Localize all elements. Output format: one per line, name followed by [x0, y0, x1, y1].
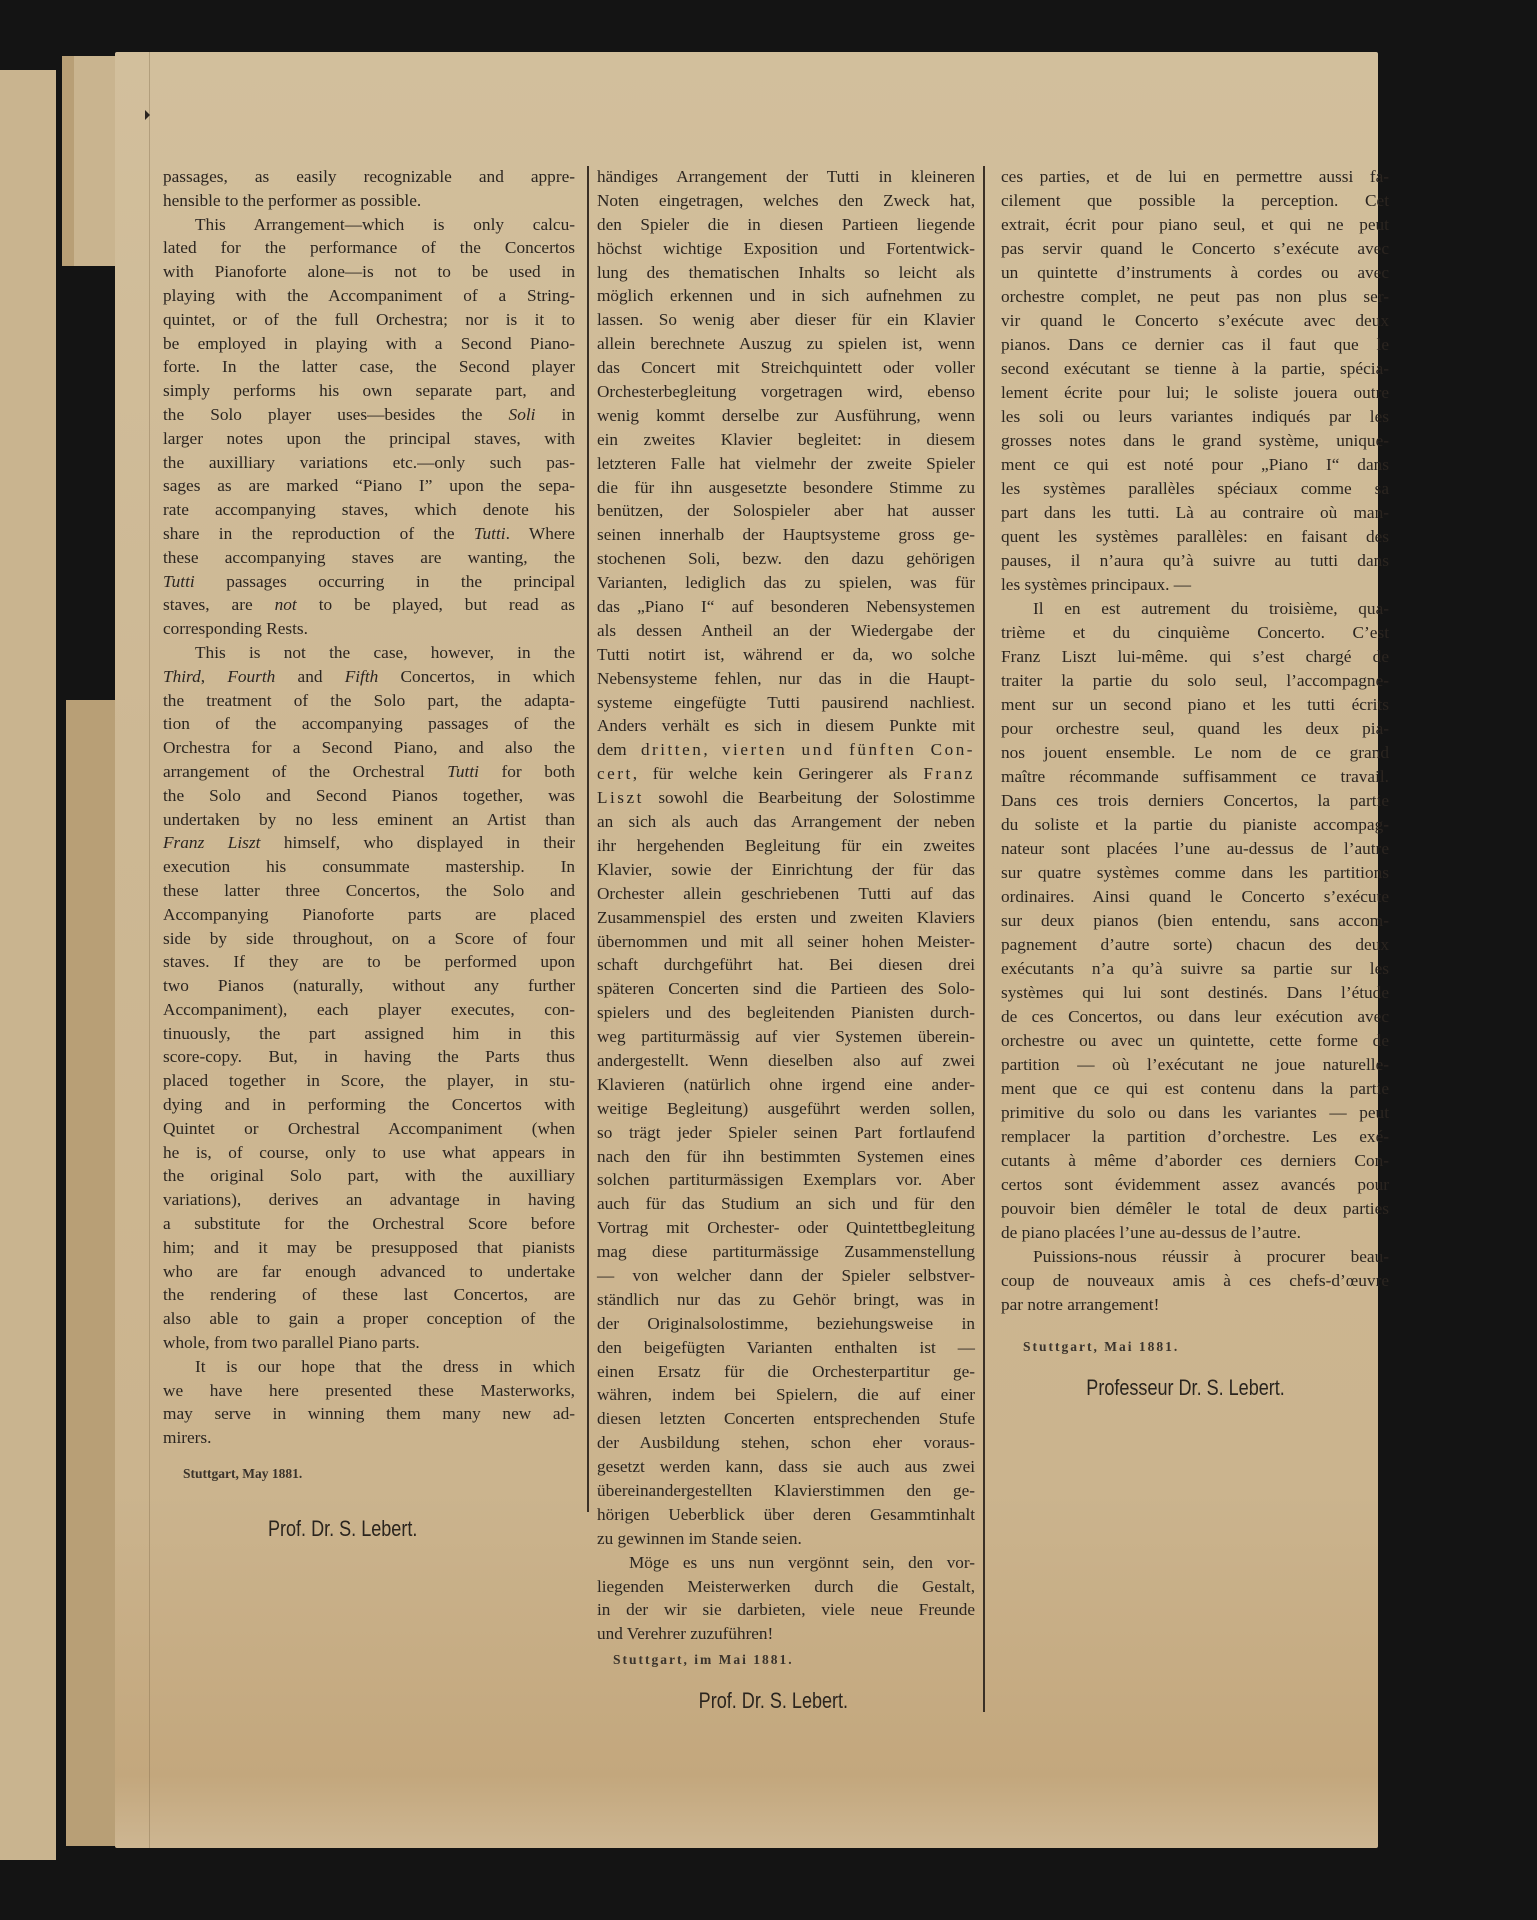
text-run: par notre arrangement! [1001, 1295, 1159, 1314]
text-run: cilement que possible la perception. Cet [1001, 191, 1389, 210]
text-run: zu gewinnen im Stande seien. [597, 1529, 802, 1548]
text-line: undertaken by no less eminent an Artist … [163, 808, 575, 832]
italic-text: Third [163, 667, 201, 686]
text-run: les systèmes parallèles spéciaux comme s… [1001, 479, 1389, 498]
text-run: two Pianos (naturally, without any furth… [163, 976, 575, 995]
text-run: les systèmes principaux. — [1001, 575, 1191, 594]
text-line: the original Solo part, with the auxilli… [163, 1164, 575, 1188]
text-line: als dessen Antheil an der Wiedergabe der [597, 619, 975, 643]
text-line: sages as are marked “Piano I” upon the s… [163, 474, 575, 498]
text-run: Franz Liszt lui-même. qui s’est chargé d… [1001, 647, 1389, 666]
text-run: second exécutant se tienne à la partie, … [1001, 359, 1389, 378]
text-run: weg partiturmässig auf vier Systemen übe… [597, 1027, 975, 1046]
text-line: schaft durchgeführt hat. Bei diesen drei [597, 953, 975, 977]
text-line: This is not the case, however, in the [163, 641, 575, 665]
text-line: Tutti notirt ist, während er da, wo solc… [597, 643, 975, 667]
text-line: solchen partiturmässigen Exemplars vor. … [597, 1168, 975, 1192]
text-run: hensible to the performer as possible. [163, 191, 421, 210]
text-line: ihr hergehenden Begleitung für ein zweit… [597, 834, 975, 858]
text-line: he is, of course, only to use what appea… [163, 1141, 575, 1165]
text-run: rate accompanying staves, which denote h… [163, 500, 575, 519]
text-line: whole, from two parallel Piano parts. [163, 1331, 575, 1355]
text-run: die für ihn ausgesetzte besondere Stimme… [597, 478, 975, 497]
text-line: pianos. Dans ce dernier cas il faut que … [1001, 333, 1389, 357]
text-line: in der wir sie darbieten, viele neue Fre… [597, 1598, 975, 1622]
text-run: wenig kommt derselbe zur Ausführung, wen… [597, 406, 975, 425]
text-run: pour orchestre seul, quand les deux pia- [1001, 719, 1389, 738]
text-run: , [201, 667, 228, 686]
text-run: share in the reproduction of the [163, 524, 474, 543]
text-run [835, 740, 849, 759]
text-line: cilement que possible la perception. Cet [1001, 189, 1389, 213]
text-run: nach den für ihn bestimmten Systemen ein… [597, 1147, 975, 1166]
text-line: the treatment of the Solo part, the adap… [163, 689, 575, 713]
text-run: the Solo and Second Pianos together, was [163, 786, 575, 805]
text-run: may serve in winning them many new ad- [163, 1404, 575, 1423]
text-line: liegenden Meisterwerken durch die Gestal… [597, 1575, 975, 1599]
text-run: Klavier, sowie der Einrichtung der für d… [597, 860, 975, 879]
text-line: übernommen und mit all seiner hohen Meis… [597, 930, 975, 954]
text-line: par notre arrangement! [1001, 1293, 1389, 1317]
text-run: passages occurring in the principal [195, 572, 575, 591]
text-run: part dans les tutti. Là au contraire où … [1001, 503, 1389, 522]
text-line: staves. If they are to be performed upon [163, 950, 575, 974]
text-line: playing with the Accompaniment of a Stri… [163, 284, 575, 308]
text-run: Varianten, lediglich das zu spielen, was… [597, 573, 975, 592]
text-line: lung des thematischen Inhalts so leicht … [597, 261, 975, 285]
text-run: ment ce qui est noté pour „Piano I“ dans [1001, 455, 1389, 474]
text-line: sur quatre systèmes comme dans les parti… [1001, 861, 1389, 885]
text-line: nateur sont placées l’une au-dessus de l… [1001, 837, 1389, 861]
text-run: in der wir sie darbieten, viele neue Fre… [597, 1600, 975, 1619]
place-date-text: Stuttgart, Mai 1881. [1023, 1339, 1179, 1354]
column-divider-1 [587, 166, 589, 1512]
text-line: Möge es uns nun vergönnt sein, den vor- [597, 1551, 975, 1575]
text-line: orchestre ou avec un quintette, cette fo… [1001, 1029, 1389, 1053]
text-run: Orchesterbegleitung vorgetragen wird, eb… [597, 382, 975, 401]
text-line: Quintet or Orchestral Accompaniment (whe… [163, 1117, 575, 1141]
text-line: part dans les tutti. Là au contraire où … [1001, 501, 1389, 525]
spaced-text: und [802, 740, 835, 759]
signature: Prof. Dr. S. Lebert. [597, 1688, 907, 1714]
text-run: vir quand le Concerto s’exécute avec deu… [1001, 311, 1389, 330]
text-run: these latter three Concertos, the Solo a… [163, 881, 575, 900]
text-run: with Pianoforte alone—is not to be used … [163, 262, 575, 281]
text-line: score-copy. But, in having the Parts thu… [163, 1045, 575, 1069]
text-run: pagnement d’autre sorte) chacun des deux [1001, 935, 1389, 954]
torn-paper-strip-left [0, 70, 56, 1860]
text-line: the rendering of these last Concertos, a… [163, 1283, 575, 1307]
text-line: trième et du cinquième Concerto. C’est [1001, 621, 1389, 645]
text-run: tion of the accompanying passages of the [163, 714, 575, 733]
signature: Professeur Dr. S. Lebert. [1001, 1375, 1319, 1401]
text-run: der Ausbildung stehen, schon eher voraus… [597, 1433, 975, 1452]
text-line: pauses, il n’aura qu’à suivre au tutti d… [1001, 549, 1389, 573]
text-run: höchst wichtige Exposition und Fortentwi… [597, 239, 975, 258]
spaced-text: fünften [849, 740, 916, 759]
spaced-text: Franz [923, 764, 975, 783]
italic-text: Fourth [227, 667, 275, 686]
text-run: trième et du cinquième Concerto. C’est [1001, 623, 1389, 642]
text-run: hörigen Ueberblick über deren Gesammtinh… [597, 1505, 975, 1524]
text-line: Third, Fourth and Fifth Concertos, in wh… [163, 665, 575, 689]
text-line: un quintette d’instruments à cordes ou a… [1001, 261, 1389, 285]
text-line: execution his consummate mastership. In [163, 855, 575, 879]
text-run: nateur sont placées l’une au-dessus de l… [1001, 839, 1389, 858]
text-run: himself, who displayed in their [260, 833, 575, 852]
text-run: Zusammenspiel des ersten und zweiten Kla… [597, 908, 975, 927]
text-run: übereinandergestellten Klavierstimmen de… [597, 1481, 975, 1500]
text-line: allein berechnete Auszug zu spielen ist,… [597, 332, 975, 356]
text-run: placed together in Score, the player, in… [163, 1071, 575, 1090]
text-line: these accompanying staves are wanting, t… [163, 546, 575, 570]
text-run: möglich erkennen und in sich aufnehmen z… [597, 286, 975, 305]
text-line: das Concert mit Streichquintett oder vol… [597, 356, 975, 380]
text-line: — von welcher dann der Spieler selbstver… [597, 1264, 975, 1288]
text-run: benützen, der Solospieler aber hat ausse… [597, 501, 975, 520]
text-run: a substitute for the Orchestral Score be… [163, 1214, 575, 1233]
text-run: einen Ersatz für die Orchesterpartitur g… [597, 1362, 975, 1381]
text-line: das „Piano I“ auf besonderen Nebensystem… [597, 595, 975, 619]
text-line: seinen innerhalb der Hauptsysteme gross … [597, 523, 975, 547]
text-run: Vortrag mit Orchester- oder Quintettbegl… [597, 1218, 975, 1237]
text-run: sages as are marked “Piano I” upon the s… [163, 476, 575, 495]
text-line: coup de nouveaux amis à ces chefs-d’œuvr… [1001, 1269, 1389, 1293]
text-line: und Verehrer zuzuführen! [597, 1622, 975, 1646]
text-line: partition — où l’exécutant ne joue natur… [1001, 1053, 1389, 1077]
italic-text: Tutti [447, 762, 479, 781]
text-run: score-copy. But, in having the Parts thu… [163, 1047, 575, 1066]
text-run: liegenden Meisterwerken durch die Gestal… [597, 1577, 975, 1596]
signature: Prof. Dr. S. Lebert. [163, 1516, 501, 1542]
text-line: Nebensysteme fehlen, nur das in die Haup… [597, 667, 975, 691]
text-line: letzteren Falle hat vielmehr der zweite … [597, 452, 975, 476]
text-line: certos sont évidemment assez avancés pou… [1001, 1173, 1389, 1197]
text-line: primitive du solo ou dans les variantes … [1001, 1101, 1389, 1125]
spaced-text: Con- [931, 740, 975, 759]
text-line: traiter la partie du solo seul, l’accomp… [1001, 669, 1389, 693]
text-run: whole, from two parallel Piano parts. [163, 1333, 420, 1352]
text-line: This Arrangement—which is only calcu- [163, 213, 575, 237]
text-run: un quintette d’instruments à cordes ou a… [1001, 263, 1389, 282]
text-line: Puissions-nous réussir à procurer beau- [1001, 1245, 1389, 1269]
text-run: Anders verhält es sich in diesem Punkte … [597, 716, 975, 735]
text-run: systeme eingefügte Tutti pausirend nachl… [597, 693, 975, 712]
text-line: Orchestra for a Second Piano, and also t… [163, 736, 575, 760]
text-run: Klavieren (natürlich ohne irgend eine an… [597, 1075, 975, 1094]
torn-paper-strip-lower [66, 700, 116, 1846]
text-line: diesen letzten Concerten entsprechenden … [597, 1407, 975, 1431]
text-line: larger notes upon the principal staves, … [163, 427, 575, 451]
text-run: Noten eingetragen, welches den Zweck hat… [597, 191, 975, 210]
text-line: weg partiturmässig auf vier Systemen übe… [597, 1025, 975, 1049]
text-line: die für ihn ausgesetzte besondere Stimme… [597, 476, 975, 500]
text-line: ces parties, et de lui en permettre auss… [1001, 165, 1389, 189]
text-run: Il en est autrement du troisième, qua- [1033, 599, 1389, 618]
text-line: with Pianoforte alone—is not to be used … [163, 260, 575, 284]
text-run: primitive du solo ou dans les variantes … [1001, 1103, 1389, 1122]
text-line: de piano placées l’une au-dessus de l’au… [1001, 1221, 1389, 1245]
text-line: forte. In the latter case, the Second pl… [163, 355, 575, 379]
text-line: Franz Liszt lui-même. qui s’est chargé d… [1001, 645, 1389, 669]
text-run: him; and it may be presupposed that pian… [163, 1238, 575, 1257]
text-run: lement écrite pour lui; le soliste jouer… [1001, 383, 1389, 402]
text-run: sowohl die Bearbeitung der Solostimme [644, 788, 975, 807]
text-line: Klavier, sowie der Einrichtung der für d… [597, 858, 975, 882]
text-line: ment sur un second piano et les tutti éc… [1001, 693, 1389, 717]
text-run: gesetzt werden kann, dass sie auch aus z… [597, 1457, 975, 1476]
text-line: den beigefügten Varianten enthalten ist … [597, 1336, 975, 1360]
text-line: Orchesterbegleitung vorgetragen wird, eb… [597, 380, 975, 404]
page-fold-line [149, 52, 150, 1848]
text-run: passages, as easily recognizable and app… [163, 167, 575, 186]
text-line: der Originalsolostimme, beziehungsweise … [597, 1312, 975, 1336]
text-line: der Ausbildung stehen, schon eher voraus… [597, 1431, 975, 1455]
text-run: schaft durchgeführt hat. Bei diesen drei [597, 955, 975, 974]
text-run: the treatment of the Solo part, the adap… [163, 691, 575, 710]
margin-mark [145, 110, 150, 120]
text-run: Accompanying Pianoforte parts are placed [163, 905, 575, 924]
text-run: maître récommande suffisamment ce travai… [1001, 767, 1389, 786]
text-line: cutants à même d’aborder ces derniers Co… [1001, 1149, 1389, 1173]
text-run: den beigefügten Varianten enthalten ist … [597, 1338, 975, 1357]
text-run [787, 740, 801, 759]
text-line: side by side throughout, on a Score of f… [163, 927, 575, 951]
text-line: tinuously, the part assigned him in this [163, 1022, 575, 1046]
text-run: arrangement of the Orchestral [163, 762, 447, 781]
text-line: les systèmes parallèles spéciaux comme s… [1001, 477, 1389, 501]
place-date: Stuttgart, May 1881. [163, 1462, 575, 1486]
text-line: placed together in Score, the player, in… [163, 1069, 575, 1093]
text-run: mirers. [163, 1428, 211, 1447]
text-line: also able to gain a proper conception of… [163, 1307, 575, 1331]
text-run: larger notes upon the principal staves, … [163, 429, 575, 448]
column-german: händiges Arrangement der Tutti in kleine… [597, 165, 975, 1714]
text-line: the auxilliary variations etc.—only such… [163, 451, 575, 475]
text-run: the original Solo part, with the auxilli… [163, 1166, 575, 1185]
place-date-text: Stuttgart, im Mai 1881. [613, 1652, 794, 1667]
place-date: Stuttgart, im Mai 1881. [597, 1648, 975, 1672]
text-run: forte. In the latter case, the Second pl… [163, 357, 575, 376]
text-line: stochenen Soli, bezw. den dazu gehörigen [597, 547, 975, 571]
text-run: sur quatre systèmes comme dans les parti… [1001, 863, 1389, 882]
text-line: Varianten, lediglich das zu spielen, was… [597, 571, 975, 595]
text-run: Accompaniment), each player executes, co… [163, 1000, 575, 1019]
text-line: be employed in playing with a Second Pia… [163, 332, 575, 356]
text-run: lung des thematischen Inhalts so leicht … [597, 263, 975, 282]
torn-paper-strip-top [74, 56, 116, 266]
text-run: This Arrangement—which is only calcu- [195, 215, 575, 234]
text-run: lassen. So wenig aber dieser für ein Kla… [597, 310, 975, 329]
text-run: Concertos, in which [378, 667, 575, 686]
text-line: ment que ce qui est contenu dans la part… [1001, 1077, 1389, 1101]
text-run: certos sont évidemment assez avancés pou… [1001, 1175, 1389, 1194]
text-run: Quintet or Orchestral Accompaniment (whe… [163, 1119, 575, 1138]
text-line: den Spieler die in diesen Partieen liege… [597, 213, 975, 237]
text-line: quent les systèmes parallèles: en faisan… [1001, 525, 1389, 549]
text-line: variations), derives an advantage in hav… [163, 1188, 575, 1212]
text-line: hensible to the performer as possible. [163, 189, 575, 213]
text-run: cutants à même d’aborder ces derniers Co… [1001, 1151, 1389, 1170]
text-run: de piano placées l’une au-dessus de l’au… [1001, 1223, 1301, 1242]
text-line: these latter three Concertos, the Solo a… [163, 879, 575, 903]
text-run: ein zweites Klavier begleitet: in diesem [597, 430, 975, 449]
text-run: pas servir quand le Concerto s’exécute a… [1001, 239, 1389, 258]
italic-text: not [275, 595, 297, 614]
text-line: second exécutant se tienne à la partie, … [1001, 357, 1389, 381]
text-run: undertaken by no less eminent an Artist … [163, 810, 575, 829]
text-run: exécutants n’a qu’à suivre sa partie sur… [1001, 959, 1389, 978]
text-run: quintet, or of the full Orchestra; nor i… [163, 310, 575, 329]
text-run: der Originalsolostimme, beziehungsweise … [597, 1314, 975, 1333]
text-run: variations), derives an advantage in hav… [163, 1190, 575, 1209]
text-run: to be played, but read as [297, 595, 575, 614]
text-run: be employed in playing with a Second Pia… [163, 334, 575, 353]
text-run: stochenen Soli, bezw. den dazu gehörigen [597, 549, 975, 568]
text-run: ständlich nur das zu Gehör bringt, was i… [597, 1290, 975, 1309]
text-run: these accompanying staves are wanting, t… [163, 548, 575, 567]
text-run: execution his consummate mastership. In [163, 857, 575, 876]
text-run: pouvoir bien démêler le total de deux pa… [1001, 1199, 1389, 1218]
text-run: Möge es uns nun vergönnt sein, den vor- [629, 1553, 975, 1572]
text-line: Klavieren (natürlich ohne irgend eine an… [597, 1073, 975, 1097]
text-run: This is not the case, however, in the [195, 643, 575, 662]
text-line: cert, für welche kein Geringerer als Fra… [597, 762, 975, 786]
text-run: quent les systèmes parallèles: en faisan… [1001, 527, 1389, 546]
text-line: extrait, écrit pour piano seul, et qui n… [1001, 213, 1389, 237]
italic-text: Tutti [474, 524, 506, 543]
text-run: , [703, 740, 722, 759]
text-line: les systèmes principaux. — [1001, 573, 1389, 597]
column-english: passages, as easily recognizable and app… [163, 165, 575, 1542]
text-line: systèmes qui lui sont destinés. Dans l’é… [1001, 981, 1389, 1005]
text-run: he is, of course, only to use what appea… [163, 1143, 575, 1162]
text-line: ein zweites Klavier begleitet: in diesem [597, 428, 975, 452]
text-run: we have here presented these Masterworks… [163, 1381, 575, 1400]
text-line: grosses notes dans le grand système, uni… [1001, 429, 1389, 453]
text-run: side by side throughout, on a Score of f… [163, 929, 575, 948]
text-run: den Spieler die in diesen Partieen liege… [597, 215, 975, 234]
text-run: remplacer la partition d’orchestre. Les … [1001, 1127, 1389, 1146]
text-line: nos jouent ensemble. Le nom de ce grand [1001, 741, 1389, 765]
text-line: rate accompanying staves, which denote h… [163, 498, 575, 522]
text-line: tion of the accompanying passages of the [163, 712, 575, 736]
text-line: quintet, or of the full Orchestra; nor i… [163, 308, 575, 332]
text-run: dying and in performing the Concertos wi… [163, 1095, 575, 1114]
spaced-text: cert [597, 764, 633, 783]
text-line: may serve in winning them many new ad- [163, 1402, 575, 1426]
text-line: zu gewinnen im Stande seien. [597, 1527, 975, 1551]
text-run: Orchester allein geschriebenen Tutti auf… [597, 884, 975, 903]
text-run: ordinaires. Ainsi quand le Concerto s’ex… [1001, 887, 1389, 906]
text-line: share in the reproduction of the Tutti. … [163, 522, 575, 546]
italic-text: Franz Liszt [163, 833, 260, 852]
text-run: orchestre complet, ne peut pas non plus … [1001, 287, 1389, 306]
text-run: Puissions-nous réussir à procurer beau- [1033, 1247, 1389, 1266]
text-run: so trägt jeder Spieler seinen Part fortl… [597, 1123, 975, 1142]
text-run: the auxilliary variations etc.—only such… [163, 453, 575, 472]
text-line: Noten eingetragen, welches den Zweck hat… [597, 189, 975, 213]
text-run: ment que ce qui est contenu dans la part… [1001, 1079, 1389, 1098]
text-line: andergestellt. Wenn dieselben also auf z… [597, 1049, 975, 1073]
text-line: les soli ou leurs variantes indiqués par… [1001, 405, 1389, 429]
text-run: also able to gain a proper conception of… [163, 1309, 575, 1328]
text-line: Il en est autrement du troisième, qua- [1001, 597, 1389, 621]
text-line: nach den für ihn bestimmten Systemen ein… [597, 1145, 975, 1169]
text-line: remplacer la partition d’orchestre. Les … [1001, 1125, 1389, 1149]
text-line: systeme eingefügte Tutti pausirend nachl… [597, 691, 975, 715]
text-run [916, 740, 930, 759]
text-line: dying and in performing the Concertos wi… [163, 1093, 575, 1117]
text-run: Orchestra for a Second Piano, and also t… [163, 738, 575, 757]
text-run: partition — où l’exécutant ne joue natur… [1001, 1055, 1389, 1074]
text-run: and [275, 667, 344, 686]
text-line: Anders verhält es sich in diesem Punkte … [597, 714, 975, 738]
text-run: als dessen Antheil an der Wiedergabe der [597, 621, 975, 640]
text-line: höchst wichtige Exposition und Fortentwi… [597, 237, 975, 261]
text-run: staves. If they are to be performed upon [163, 952, 575, 971]
text-run: corresponding Rests. [163, 619, 308, 638]
text-line: du soliste et la partie du pianiste acco… [1001, 813, 1389, 837]
text-run: du soliste et la partie du pianiste acco… [1001, 815, 1389, 834]
text-run: pauses, il n’aura qu’à suivre au tutti d… [1001, 551, 1389, 570]
place-date-text: Stuttgart, May 1881. [183, 1466, 302, 1481]
text-line: hörigen Ueberblick über deren Gesammtinh… [597, 1503, 975, 1527]
text-run: allein berechnete Auszug zu spielen ist,… [597, 334, 975, 353]
text-run: seinen innerhalb der Hauptsysteme gross … [597, 525, 975, 544]
spaced-text: dritten [641, 740, 703, 759]
column-french: ces parties, et de lui en permettre auss… [1001, 165, 1389, 1401]
text-line: pour orchestre seul, quand les deux pia- [1001, 717, 1389, 741]
text-line: späteren Concerten sind die Partieen des… [597, 977, 975, 1001]
text-run: und Verehrer zuzuführen! [597, 1624, 773, 1643]
text-run: ment sur un second piano et les tutti éc… [1001, 695, 1389, 714]
text-run: übernommen und mit all seiner hohen Meis… [597, 932, 975, 951]
text-line: corresponding Rests. [163, 617, 575, 641]
text-run: les soli ou leurs variantes indiqués par… [1001, 407, 1389, 426]
text-run: diesen letzten Concerten entsprechenden … [597, 1409, 975, 1428]
text-line: Accompaniment), each player executes, co… [163, 998, 575, 1022]
italic-text: Fifth [345, 667, 379, 686]
text-line: ständlich nur das zu Gehör bringt, was i… [597, 1288, 975, 1312]
text-line: who are far enough advanced to undertake [163, 1260, 575, 1284]
text-run: orchestre ou avec un quintette, cette fo… [1001, 1031, 1389, 1050]
place-date: Stuttgart, Mai 1881. [1001, 1335, 1389, 1359]
text-run: It is our hope that the dress in which [195, 1357, 575, 1376]
italic-text: Soli [509, 405, 536, 424]
text-run: währen, indem bei Spielern, die auf eine… [597, 1385, 975, 1404]
text-line: auch für das Studium an sich und für den [597, 1192, 975, 1216]
text-line: the Solo player uses—besides the Soli in [163, 403, 575, 427]
text-run: Nebensysteme fehlen, nur das in die Haup… [597, 669, 975, 688]
text-line: him; and it may be presupposed that pian… [163, 1236, 575, 1260]
text-line: de ces Concertos, ou dans leur exécution… [1001, 1005, 1389, 1029]
text-line: weitige Begleitung) ausgeführt werden so… [597, 1097, 975, 1121]
text-line: mirers. [163, 1426, 575, 1450]
text-line: Zusammenspiel des ersten und zweiten Kla… [597, 906, 975, 930]
text-line: mag diese partiturmässige Zusammenstellu… [597, 1240, 975, 1264]
text-line: lement écrite pour lui; le soliste jouer… [1001, 381, 1389, 405]
text-line: sur deux pianos (bien entendu, sans acco… [1001, 909, 1389, 933]
text-line: Tutti passages occurring in the principa… [163, 570, 575, 594]
text-run: an sich als auch das Arrangement der neb… [597, 812, 975, 831]
text-line: händiges Arrangement der Tutti in kleine… [597, 165, 975, 189]
text-line: lassen. So wenig aber dieser für ein Kla… [597, 308, 975, 332]
text-run: lated for the performance of the Concert… [163, 238, 575, 257]
text-line: vir quand le Concerto s’exécute avec deu… [1001, 309, 1389, 333]
text-run: tinuously, the part assigned him in this [163, 1024, 575, 1043]
text-line: Vortrag mit Orchester- oder Quintettbegl… [597, 1216, 975, 1240]
